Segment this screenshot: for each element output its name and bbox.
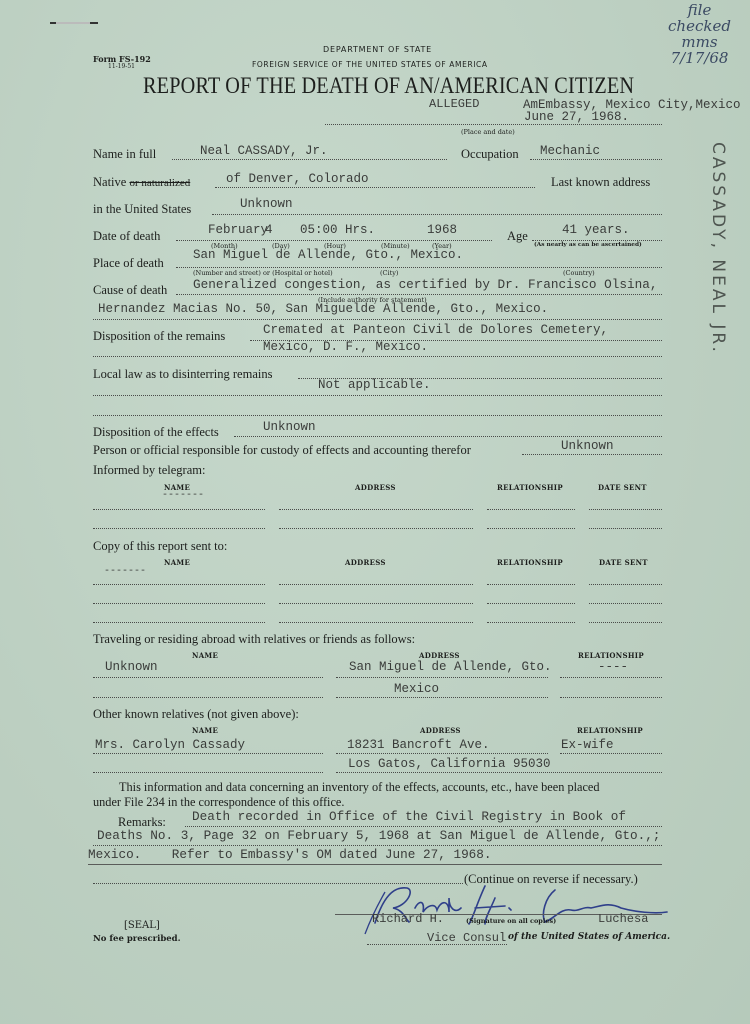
- effects-value: Unknown: [263, 420, 316, 434]
- pod-caption-country: (Country): [563, 269, 595, 277]
- alleged-insert: ALLEGED: [429, 97, 479, 111]
- occupation-label: Occupation: [461, 147, 519, 162]
- seal-label: [SEAL]: [124, 920, 160, 931]
- effects-label: Disposition of the effects: [93, 425, 219, 440]
- custody-label: Person or official responsible for custo…: [93, 443, 471, 458]
- telegram-col-address: ADDRESS: [355, 483, 396, 492]
- name-label: Name in full: [93, 147, 156, 162]
- traveling-name: Unknown: [105, 660, 158, 674]
- inventory-note-2: under File 234 in the correspondence of …: [93, 795, 344, 810]
- us-label: in the United States: [93, 202, 191, 217]
- annotation: file checked mms 7/17/68: [652, 2, 747, 66]
- dod-time: 05:00 Hrs.: [300, 223, 375, 237]
- remarks-line-1: Death recorded in Office of the Civil Re…: [192, 809, 626, 824]
- signature-caption: (Signature on all copies): [466, 917, 556, 925]
- native-text: Native: [93, 175, 126, 189]
- traveling-col-address: ADDRESS: [419, 651, 460, 660]
- form-date: 11-19-51: [108, 63, 135, 70]
- annotation-checked: checked: [652, 18, 747, 34]
- remains-label: Disposition of the remains: [93, 329, 225, 344]
- native-label: Native or naturalized: [93, 175, 190, 190]
- signer-first-name: Richard H.: [372, 912, 444, 926]
- department: DEPARTMENT OF STATE: [323, 45, 432, 54]
- copy-col-date: DATE SENT: [599, 558, 648, 567]
- native-value: of Denver, Colorado: [226, 172, 369, 186]
- relatives-col-name: NAME: [192, 726, 218, 735]
- telegram-col-date: DATE SENT: [598, 483, 647, 492]
- service: FOREIGN SERVICE OF THE UNITED STATES OF …: [252, 60, 488, 69]
- inventory-note-1: This information and data concerning an …: [119, 780, 600, 795]
- fee-note: No fee prescribed.: [93, 934, 181, 944]
- copy-col-name: NAME: [164, 558, 190, 567]
- name-value: Neal CASSADY, Jr.: [200, 144, 328, 158]
- traveling-col-relationship: RELATIONSHIP: [578, 651, 644, 660]
- native-struck: or naturalized: [129, 177, 190, 189]
- age-label: Age: [507, 229, 528, 244]
- remarks-line-2: Deaths No. 3, Page 32 on February 5, 196…: [97, 828, 660, 843]
- traveling-address-2: Mexico: [394, 682, 439, 696]
- relatives-address-2: Los Gatos, California 95030: [348, 757, 551, 771]
- annotation-initials: mms: [652, 34, 747, 50]
- scan-mark: [50, 22, 98, 24]
- traveling-address-1: San Miguel de Allende, Gto.: [349, 660, 552, 674]
- dod-year: 1968: [427, 223, 457, 237]
- copy-col-address: ADDRESS: [345, 558, 386, 567]
- pod-caption-city: (City): [380, 269, 398, 277]
- pod-caption-street: (Number and street) or (Hospital or hote…: [193, 269, 333, 277]
- relatives-col-address: ADDRESS: [420, 726, 461, 735]
- relatives-address-1: 18231 Bancroft Ave.: [347, 738, 490, 752]
- age-value: 41 years.: [562, 223, 630, 237]
- signer-last-name: Luchesa: [598, 912, 648, 926]
- signer-title: Vice Consul: [427, 931, 506, 945]
- dod-day: 4: [265, 223, 273, 237]
- occupation-value: Mechanic: [540, 144, 600, 158]
- remarks-line-3: Mexico. Refer to Embassy's OM dated June…: [88, 847, 492, 862]
- telegram-name-value: -------: [162, 490, 204, 501]
- place-date-caption: (Place and date): [461, 128, 515, 136]
- law-value: Not applicable.: [318, 378, 431, 392]
- annotation-file: file: [652, 2, 747, 18]
- page-title: REPORT OF THE DEATH OF AN/AMERICAN CITIZ…: [143, 73, 634, 99]
- us-value: Unknown: [240, 197, 293, 211]
- cause-value-2: Hernandez Macias No. 50, San Miguelde Al…: [98, 302, 548, 316]
- annotation-date: 7/17/68: [652, 50, 747, 66]
- report-date: June 27, 1968.: [524, 110, 629, 124]
- telegram-col-relationship: RELATIONSHIP: [497, 483, 563, 492]
- copy-title: Copy of this report sent to:: [93, 539, 227, 554]
- signer-title-printed: of the United States of America.: [508, 932, 670, 942]
- cause-value-1: Generalized congestion, as certified by …: [193, 277, 657, 292]
- dod-label: Date of death: [93, 229, 160, 244]
- copy-col-relationship: RELATIONSHIP: [497, 558, 563, 567]
- last-address-label: Last known address: [551, 175, 650, 190]
- side-label: CASSADY, NEAL JR.: [708, 142, 728, 355]
- signature-icon: [345, 878, 675, 938]
- remains-value-2: Mexico, D. F., Mexico.: [263, 340, 428, 354]
- pod-label: Place of death: [93, 256, 164, 271]
- pod-value: San Miguel de Allende, Gto., Mexico.: [193, 248, 463, 262]
- relatives-title: Other known relatives (not given above):: [93, 707, 299, 722]
- age-caption: (As nearly as can be ascertained): [534, 242, 642, 248]
- relatives-col-relationship: RELATIONSHIP: [577, 726, 643, 735]
- traveling-col-name: NAME: [192, 651, 218, 660]
- telegram-title: Informed by telegram:: [93, 463, 205, 478]
- remains-value-1: Cremated at Panteon Civil de Dolores Cem…: [263, 323, 608, 337]
- cause-label: Cause of death: [93, 283, 167, 298]
- traveling-relationship: ----: [598, 660, 628, 674]
- dod-month: February: [208, 223, 268, 237]
- custody-value: Unknown: [561, 439, 614, 453]
- relatives-name: Mrs. Carolyn Cassady: [95, 738, 245, 752]
- relatives-relationship: Ex-wife: [561, 738, 614, 752]
- traveling-title: Traveling or residing abroad with relati…: [93, 632, 415, 647]
- copy-name-value: -------: [104, 566, 146, 577]
- law-label: Local law as to disinterring remains: [93, 367, 272, 382]
